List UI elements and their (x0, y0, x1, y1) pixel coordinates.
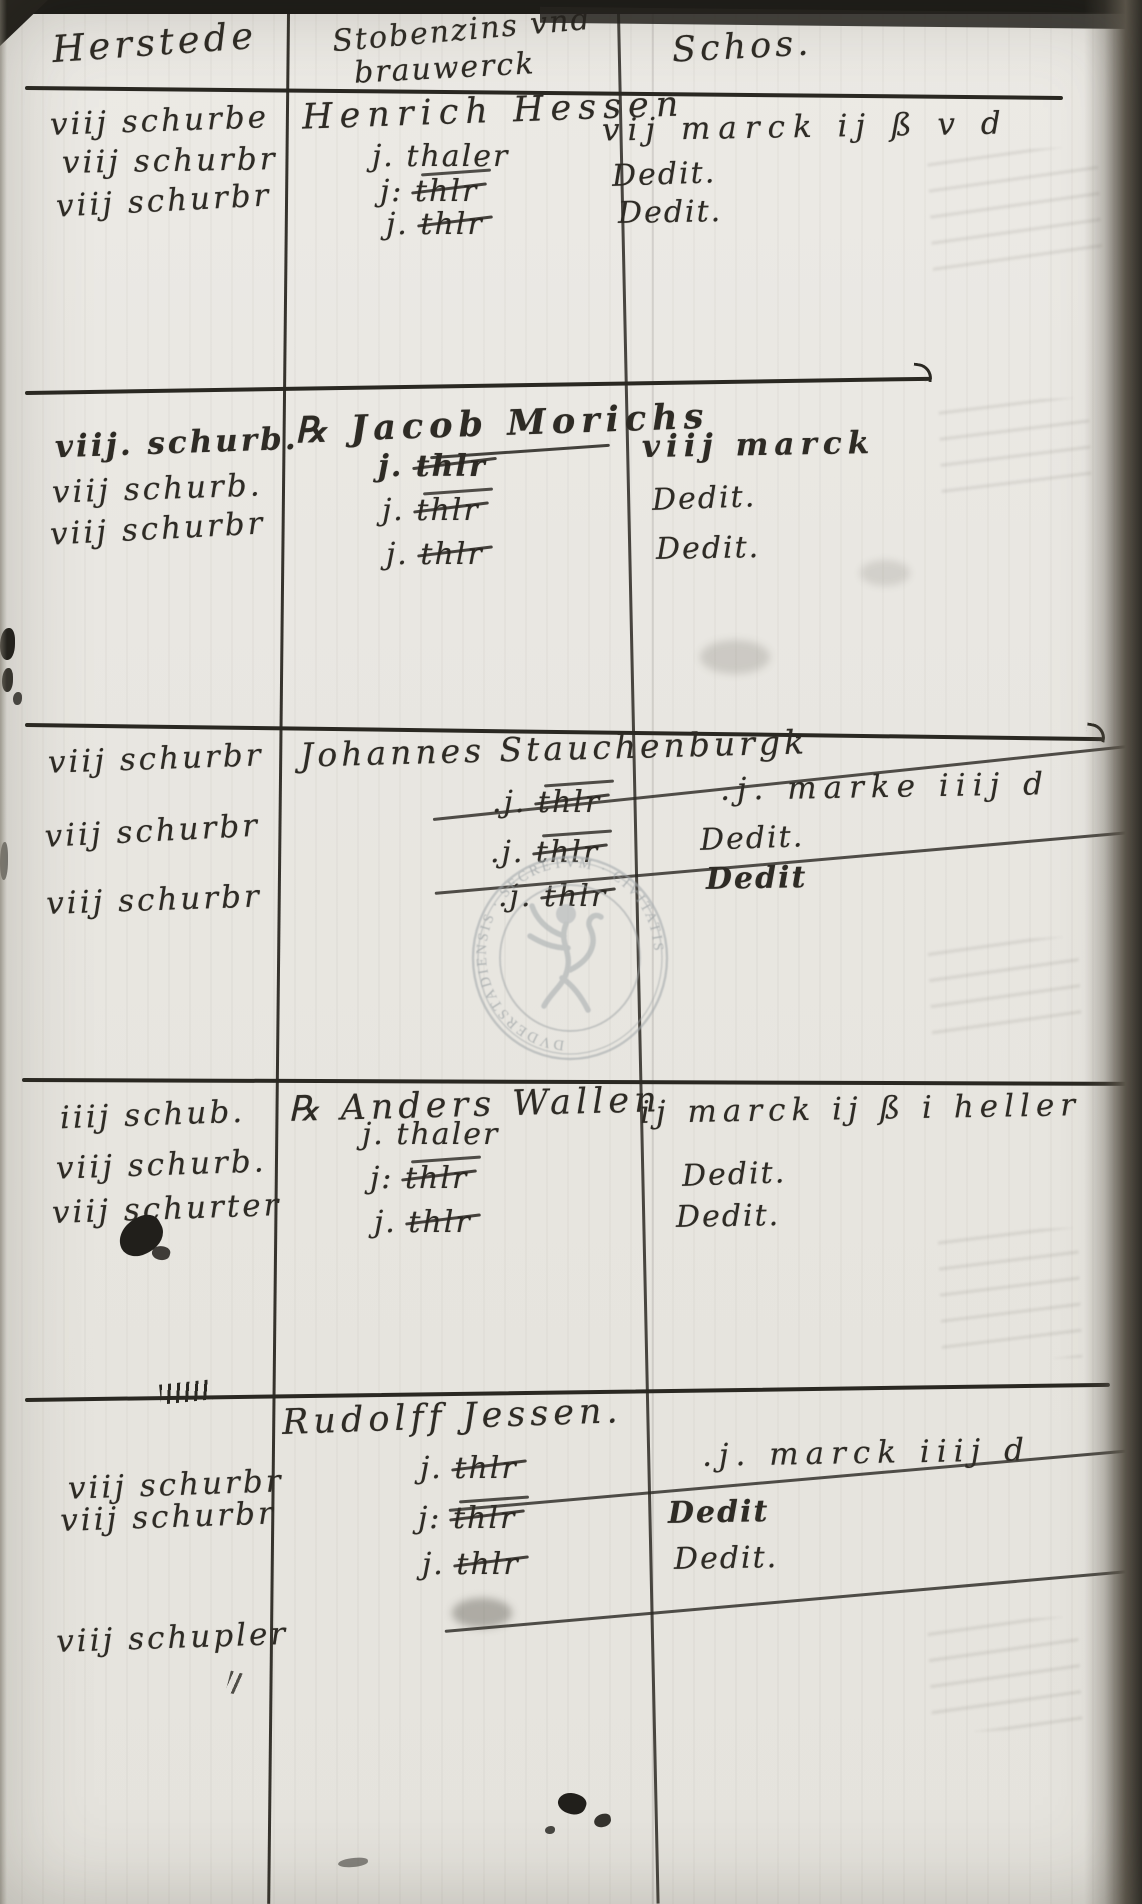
payment-line: j. thaler (362, 1120, 499, 1150)
amount-due: viij marck (642, 428, 876, 463)
payment-line: j. thlr (422, 1550, 520, 1580)
payment-qty: j. (382, 493, 405, 528)
tenure-line: viij schurb. (56, 1146, 267, 1184)
ink-blot (13, 692, 22, 705)
payment-qty: j. (420, 1451, 443, 1486)
payment-status: Dedit (668, 1497, 770, 1529)
tenure-line: viij schurbr (48, 740, 264, 779)
payment-line: j. thaler (372, 142, 509, 172)
amount-due: .j. marck iiij d (702, 1435, 1031, 1472)
payment-qty: j: (380, 174, 403, 209)
stain (700, 640, 770, 674)
tenure-line: viij schurbr (62, 144, 278, 179)
bleedthrough-text (927, 1616, 1083, 1734)
payment-unit: thlr (416, 496, 479, 526)
payment-status: Dedit. (612, 158, 717, 192)
payment-status: Dedit. (674, 1543, 779, 1575)
payment-unit: thlr (405, 1164, 468, 1194)
payment-unit: thlr (420, 540, 483, 570)
ink-blot (555, 1789, 588, 1818)
pen-scribble (159, 1379, 213, 1404)
payment-line: j: thlr (418, 1504, 516, 1534)
scan-gutter-shadow (1084, 0, 1142, 1904)
payment-line: j. thlr (386, 540, 484, 570)
ink-blot (545, 1826, 555, 1834)
ink-blot (338, 1857, 369, 1868)
payment-qty: j: (370, 1161, 393, 1196)
amount-due: ij marck ij ß i heller (640, 1090, 1082, 1129)
payment-line: .j. thlr (492, 788, 601, 818)
payment-qty: j. (422, 1547, 445, 1582)
payment-qty: j. (362, 1117, 385, 1152)
payer-name: Rudolff Jessen. (281, 1394, 623, 1441)
payment-qty: j. (386, 537, 409, 572)
payment-line: j. thlr (382, 496, 480, 526)
payment-unit: thlr (456, 1550, 519, 1580)
stain (860, 560, 910, 586)
payment-status: Dedit. (656, 533, 761, 565)
amount-due: .j. marke iiij d (720, 769, 1050, 806)
payment-status: Dedit. (700, 822, 805, 856)
payment-line: j: thlr (370, 1164, 468, 1194)
pen-mark (226, 1671, 245, 1696)
tenure-line: viij schurbr (49, 508, 266, 550)
lion-rampant-icon (530, 904, 601, 1010)
payment-status: Dedit. (618, 197, 723, 229)
payment-qty: j. (378, 449, 403, 484)
payment-unit: thlr (420, 210, 483, 240)
payment-qty: .j. (492, 785, 526, 820)
payment-unit: thlr (454, 1454, 517, 1484)
payment-qty: j. (386, 207, 409, 242)
amount-due: vij marck ij ß v d (602, 108, 1009, 146)
payment-unit: thlr (408, 1208, 471, 1238)
tenure-line: viij. schurb. (55, 424, 300, 463)
row-rule-2 (25, 377, 930, 395)
payment-unit: thaler (406, 142, 509, 172)
payment-status: Dedit. (652, 482, 757, 516)
payment-line: j: thlr (380, 177, 478, 207)
bleedthrough-text (938, 1228, 1082, 1363)
payment-unit: thlr (538, 788, 601, 818)
payment-unit: thlr (453, 1504, 516, 1534)
payment-unit: thaler (396, 1120, 499, 1150)
tenure-line: iiij schub. (60, 1097, 246, 1134)
payment-line: j. thlr (374, 1208, 472, 1238)
tenure-line: viij schurb. (52, 470, 263, 508)
scan-left-edge (0, 0, 7, 1904)
manuscript-page-scan: Herstede Stobenzins vnd brauwerck Schos.… (0, 0, 1142, 1904)
bleedthrough-text (938, 397, 1091, 492)
header-schos: Schos. (671, 26, 813, 68)
city-seal: DVDERSTADIENSIS · SECRETVM · CIVITATIS (468, 852, 672, 1064)
payment-unit: thlr (416, 452, 487, 482)
tenure-line: viij schurbr (55, 180, 272, 222)
payment-unit: thlr (415, 177, 478, 207)
stain (452, 1598, 512, 1628)
bleedthrough-text (927, 146, 1103, 275)
payment-status: Dedit (706, 863, 808, 895)
tenure-line: viij schurter (52, 1190, 282, 1229)
payment-line: j. thlr (386, 210, 484, 240)
payment-line: j. thlr (420, 1454, 518, 1484)
ink-blot (593, 1813, 612, 1829)
bleedthrough-text (927, 936, 1082, 1044)
payment-qty: j. (372, 139, 395, 174)
tenure-line: viij schurbr (68, 1466, 284, 1505)
payment-qty: j. (374, 1205, 397, 1240)
tenure-line: viij schurbe (50, 102, 270, 141)
payer-name: Johannes Stauchenburgk (300, 725, 809, 771)
payment-line: j. thlr (378, 452, 487, 482)
payment-status: Dedit. (682, 1158, 787, 1192)
payment-status: Dedit. (676, 1201, 781, 1233)
payment-qty: j: (418, 1501, 441, 1536)
